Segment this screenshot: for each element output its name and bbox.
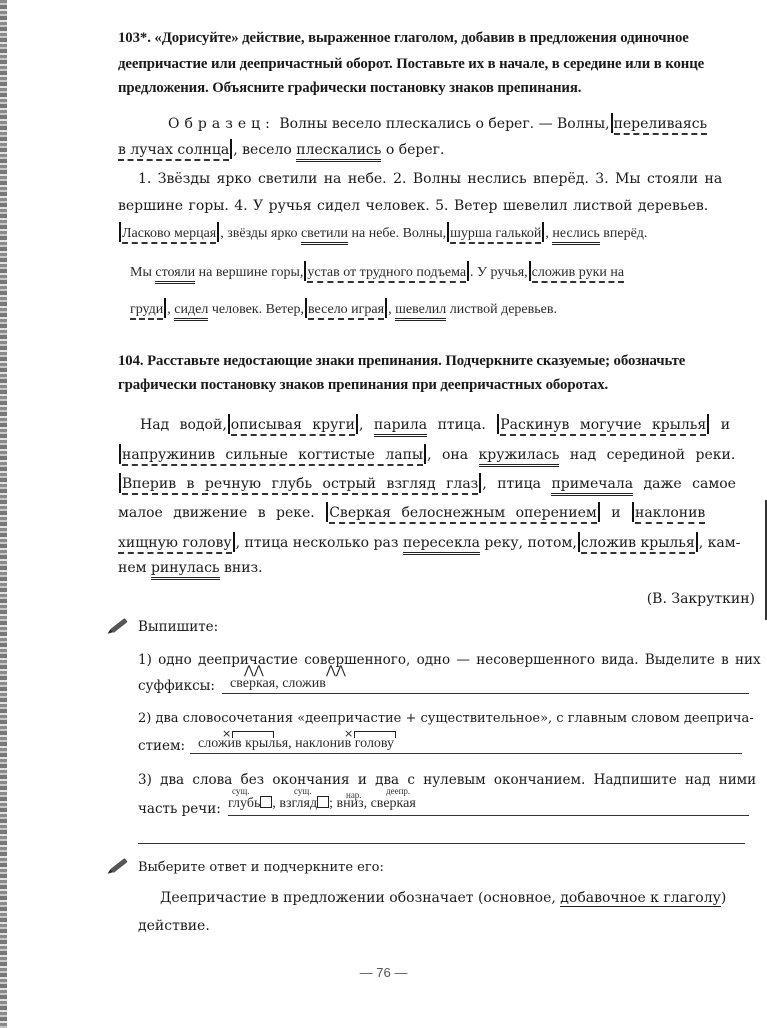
write-item-2-text: 2) два словосочетания «деепричастие + су… <box>138 711 754 726</box>
task-104-instruction-1: 104. Расставьте недостающие знаки препин… <box>118 353 685 370</box>
write-item-1-answer[interactable]: сверкая, сложив <box>230 676 326 692</box>
task-103-instruction-1: 103*. «Дорисуйте» действие, выраженное г… <box>118 30 689 47</box>
write-item-3-answer[interactable]: глубь, взгляд; вниз, сверкая <box>228 796 416 812</box>
author-attribution: (В. Закруткин) <box>647 591 755 607</box>
task-104-line-5: хищную голову, птица несколько раз перес… <box>118 532 740 552</box>
sentences-line-1: 1. Звёзды ярко светили на небе. 2. Волны… <box>138 171 722 187</box>
write-out-heading: Выпишите: <box>110 619 218 635</box>
task-104-line-6: нем ринулась вниз. <box>118 560 263 576</box>
task-104-line-1: Над водой,описывая круги, парила птица. … <box>140 414 730 434</box>
write-item-1-text: 1) одно деепричастие совершенного, одно … <box>138 652 761 668</box>
task-104-instruction-2: графически постановку знаков препинания … <box>118 377 608 394</box>
write-item-3-text: 3) два слова без окончания и два с нулев… <box>138 772 756 788</box>
answer-103-line-1: Ласково мерцая, звёзды ярко светили на н… <box>118 222 647 242</box>
write-item-2-answer[interactable]: сложив крылья, наклонив голову <box>198 736 394 752</box>
page-number: — 76 — <box>0 965 767 980</box>
sample-line-2: в лучах солнца, весело плескались о бере… <box>118 139 444 159</box>
task-104-line-2: напружинив сильные когтистые лапы, она к… <box>118 444 735 464</box>
scan-edge <box>0 0 7 1028</box>
suffix-mark-2: ⋀⋀ <box>326 663 346 677</box>
answer-line-4 <box>138 843 745 844</box>
pos-note-4: деепр. <box>386 786 410 796</box>
answer-103-line-2: Мы стояли на вершине горы,устав от трудн… <box>130 261 624 281</box>
pencil-icon <box>110 618 127 633</box>
answer-line-3 <box>228 815 749 816</box>
pencil-icon <box>110 858 127 873</box>
write-item-3-label: часть речи: <box>138 801 221 817</box>
answer-line-2 <box>190 753 742 754</box>
answer-line-1 <box>222 693 749 694</box>
sentences-line-2: вершине горы. 4. У ручья сидел человек. … <box>118 198 708 214</box>
answer-103-line-3: груди, сидел человек. Ветер,весело играя… <box>130 298 557 318</box>
choose-heading: Выберите ответ и подчеркните его: <box>110 860 384 875</box>
suffix-mark-1: ⋀⋀ <box>244 663 264 677</box>
task-103-instruction-3: предложения. Объясните графически постан… <box>118 80 581 97</box>
task-103-instruction-2: деепричастие или деепричастный оборот. П… <box>118 56 704 73</box>
null-ending-box <box>317 796 329 808</box>
pos-note-2: сущ. <box>294 786 312 796</box>
task-104-line-3: Вперив в речную глубь острый взгляд глаз… <box>118 473 736 493</box>
choose-sentence: Деепричастие в предложении обозначает (о… <box>160 890 726 906</box>
write-item-2-label: стием: <box>138 738 185 754</box>
pos-note-1: сущ. <box>232 786 250 796</box>
sample-line-1: Образец: Волны весело плескались о берег… <box>168 113 707 133</box>
chosen-answer[interactable]: добавочное к глаголу <box>560 890 721 907</box>
write-item-1-label: суффиксы: <box>138 678 215 694</box>
null-ending-box <box>260 796 272 808</box>
choose-sentence-end: действие. <box>138 918 210 934</box>
task-104-line-4: малое движение в реке. Сверкая белоснежн… <box>118 502 705 522</box>
